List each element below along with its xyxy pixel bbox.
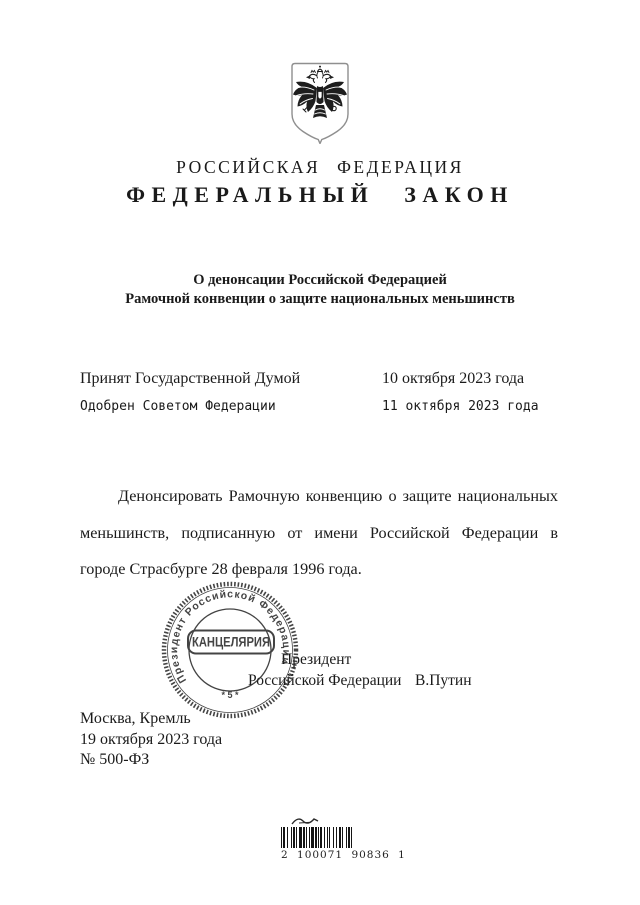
approved-by-federation-council-label: Одобрен Советом Федерации bbox=[80, 399, 276, 414]
adopted-by-duma-row: Принят Государственной Думой 10 октября … bbox=[80, 370, 560, 390]
law-title-line1: О денонсации Российской Федерацией bbox=[0, 271, 640, 290]
law-body-paragraph: Денонсировать Рамочную конвенцию о защит… bbox=[80, 478, 558, 588]
stamp-bottom-number: * 5 * bbox=[221, 690, 239, 700]
coat-of-arms-icon bbox=[286, 62, 354, 144]
approved-by-federation-council-date: 11 октября 2023 года bbox=[382, 399, 539, 414]
barcode-bars bbox=[281, 827, 391, 848]
country-heading: РОССИЙСКАЯ ФЕДЕРАЦИЯ bbox=[0, 157, 640, 178]
signing-block: Москва, Кремль 19 октября 2023 года № 50… bbox=[80, 709, 222, 771]
barcode: 2 100071 90836 1 bbox=[281, 814, 391, 861]
law-number: № 500-ФЗ bbox=[80, 750, 222, 771]
adopted-by-duma-date: 10 октября 2023 года bbox=[382, 370, 524, 388]
adopted-by-duma-label: Принят Государственной Думой bbox=[80, 370, 300, 388]
stamp-center-text: КАНЦЕЛЯРИЯ bbox=[192, 635, 270, 650]
chancellery-stamp: Президент Российской Федерации * 5 * КАН… bbox=[153, 581, 307, 720]
stamp-inner-ring bbox=[189, 609, 271, 691]
law-title-line2: Рамочной конвенции о защите национальных… bbox=[0, 290, 640, 309]
signing-place: Москва, Кремль bbox=[80, 709, 222, 730]
law-title: О денонсации Российской Федерацией Рамоч… bbox=[0, 271, 640, 308]
law-document-page: РОССИЙСКАЯ ФЕДЕРАЦИЯ ФЕДЕРАЛЬНЫЙ ЗАКОН О… bbox=[0, 0, 640, 905]
approved-by-federation-council-row: Одобрен Советом Федерации 11 октября 202… bbox=[80, 399, 560, 419]
president-signature-name: В.Путин bbox=[415, 672, 472, 690]
barcode-digits: 2 100071 90836 1 bbox=[281, 849, 391, 861]
document-type-heading: ФЕДЕРАЛЬНЫЙ ЗАКОН bbox=[0, 182, 640, 208]
ink-mark-icon bbox=[289, 814, 323, 827]
signing-date: 19 октября 2023 года bbox=[80, 730, 222, 751]
